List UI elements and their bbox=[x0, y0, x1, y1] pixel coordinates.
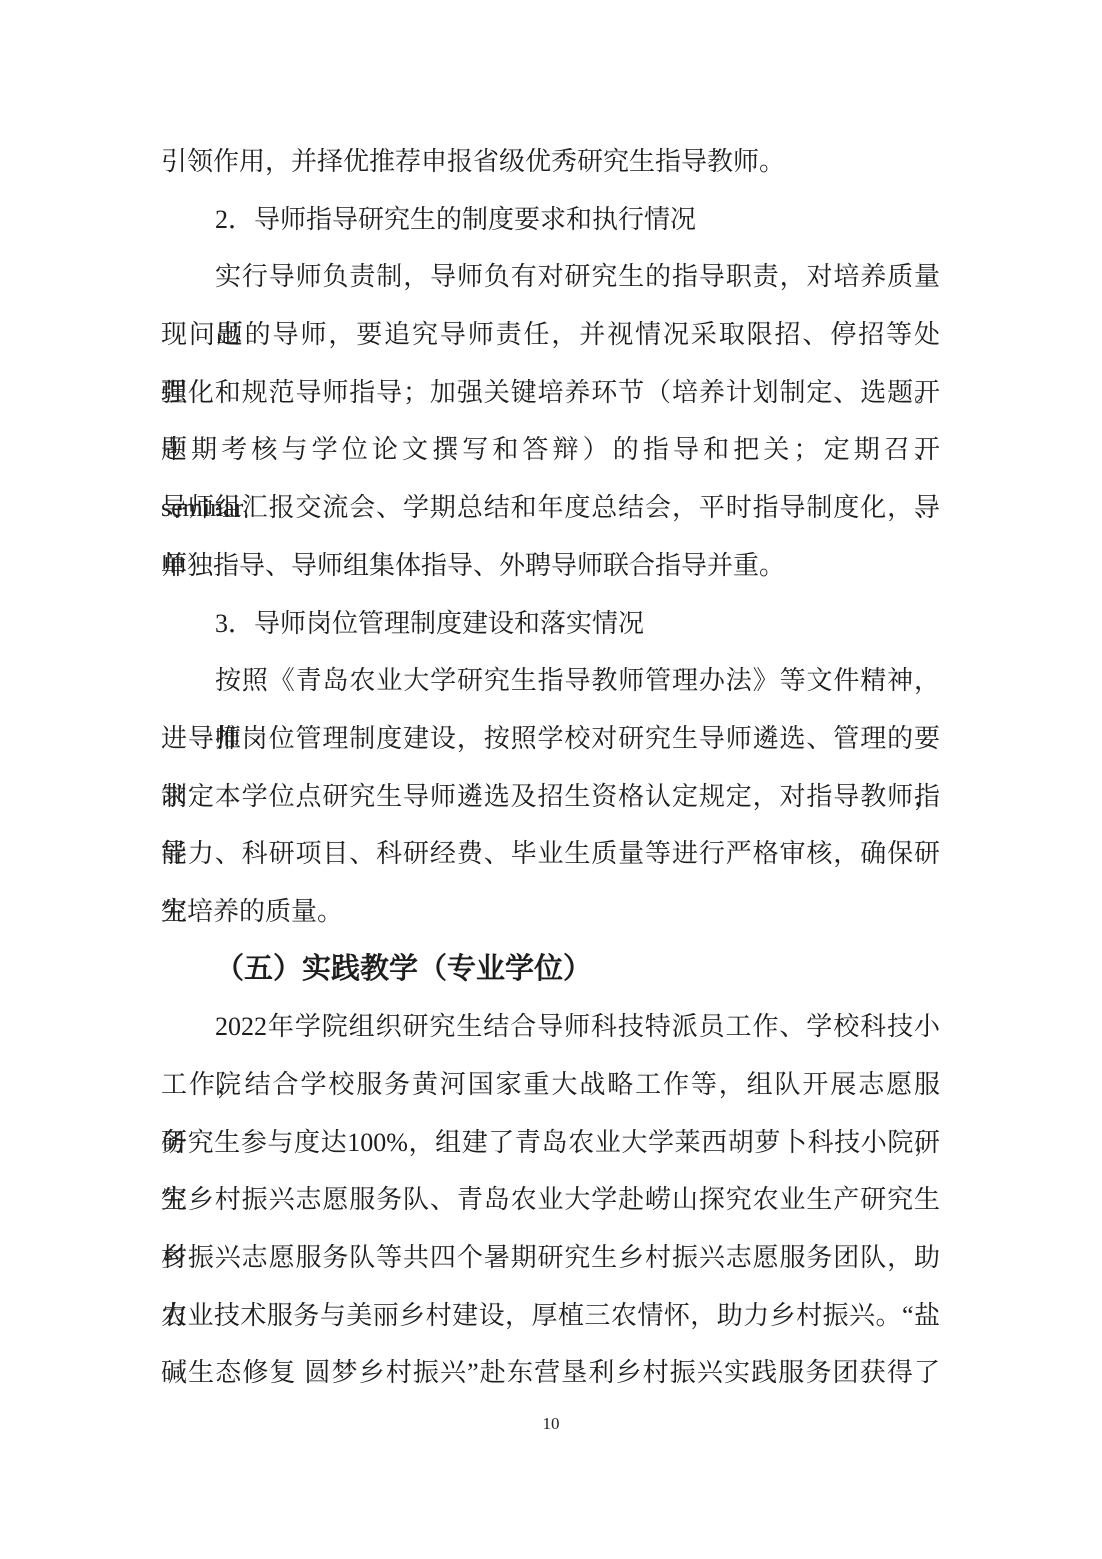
page-number: 10 bbox=[0, 1412, 1102, 1436]
text-line: 工作，结合学校服务黄河国家重大战略工作等，组队开展志愿服务， bbox=[161, 1056, 940, 1114]
text-line: 村振兴志愿服务队等共四个暑期研究生乡村振兴志愿服务团队，助力 bbox=[161, 1229, 940, 1287]
text-line: 生乡村振兴志愿服务队、青岛农业大学赴崂山探究农业生产研究生乡 bbox=[161, 1171, 940, 1229]
text-line: 中期考核与学位论文撰写和答辩）的指导和把关；定期召开seminar、 bbox=[161, 421, 940, 479]
text-line: 农业技术服务与美丽乡村建设，厚植三农情怀，助力乡村振兴。“盐 bbox=[161, 1287, 940, 1345]
text-line: 制定本学位点研究生导师遴选及招生资格认定规定，对指导教师指导 bbox=[161, 768, 940, 826]
text-line: 碱生态修复 圆梦乡村振兴”赴东营垦利乡村振兴实践服务团获得了 bbox=[161, 1344, 940, 1402]
page-body-text: 引领作用，并择优推荐申报省级优秀研究生指导教师。 2．导师指导研究生的制度要求和… bbox=[161, 133, 940, 1402]
text-line: 单独指导、导师组集体指导、外聘导师联合指导并重。 bbox=[161, 537, 940, 595]
text-line: 现问题的导师，要追究导师责任，并视情况采取限招、停招等处理。 bbox=[161, 306, 940, 364]
text-line: 导师组汇报交流会、学期总结和年度总结会，平时指导制度化，导师 bbox=[161, 479, 940, 537]
text-line: 进导师岗位管理制度建设，按照学校对研究生导师遴选、管理的要求， bbox=[161, 710, 940, 768]
document-page: 引领作用，并择优推荐申报省级优秀研究生指导教师。 2．导师指导研究生的制度要求和… bbox=[0, 0, 1102, 1559]
text-line: 实行导师负责制，导师负有对研究生的指导职责，对培养质量出 bbox=[161, 248, 940, 306]
text-line: 2022年学院组织研究生结合导师科技特派员工作、学校科技小院 bbox=[161, 998, 940, 1056]
numbered-item-3: 3．导师岗位管理制度建设和落实情况 bbox=[161, 595, 940, 653]
text-line: 研究生参与度达100%，组建了青岛农业大学莱西胡萝卜科技小院研究 bbox=[161, 1114, 940, 1172]
text-line: 强化和规范导师指导；加强关键培养环节（培养计划制定、选题开题、 bbox=[161, 364, 940, 422]
text-line: 引领作用，并择优推荐申报省级优秀研究生指导教师。 bbox=[161, 133, 940, 191]
text-line: 生培养的质量。 bbox=[161, 883, 940, 941]
text-line: 能力、科研项目、科研经费、毕业生质量等进行严格审核，确保研究 bbox=[161, 825, 940, 883]
section-heading-5: （五）实践教学（专业学位） bbox=[161, 941, 940, 999]
text-line: 按照《青岛农业大学研究生指导教师管理办法》等文件精神，推 bbox=[161, 652, 940, 710]
numbered-item-2: 2．导师指导研究生的制度要求和执行情况 bbox=[161, 191, 940, 249]
